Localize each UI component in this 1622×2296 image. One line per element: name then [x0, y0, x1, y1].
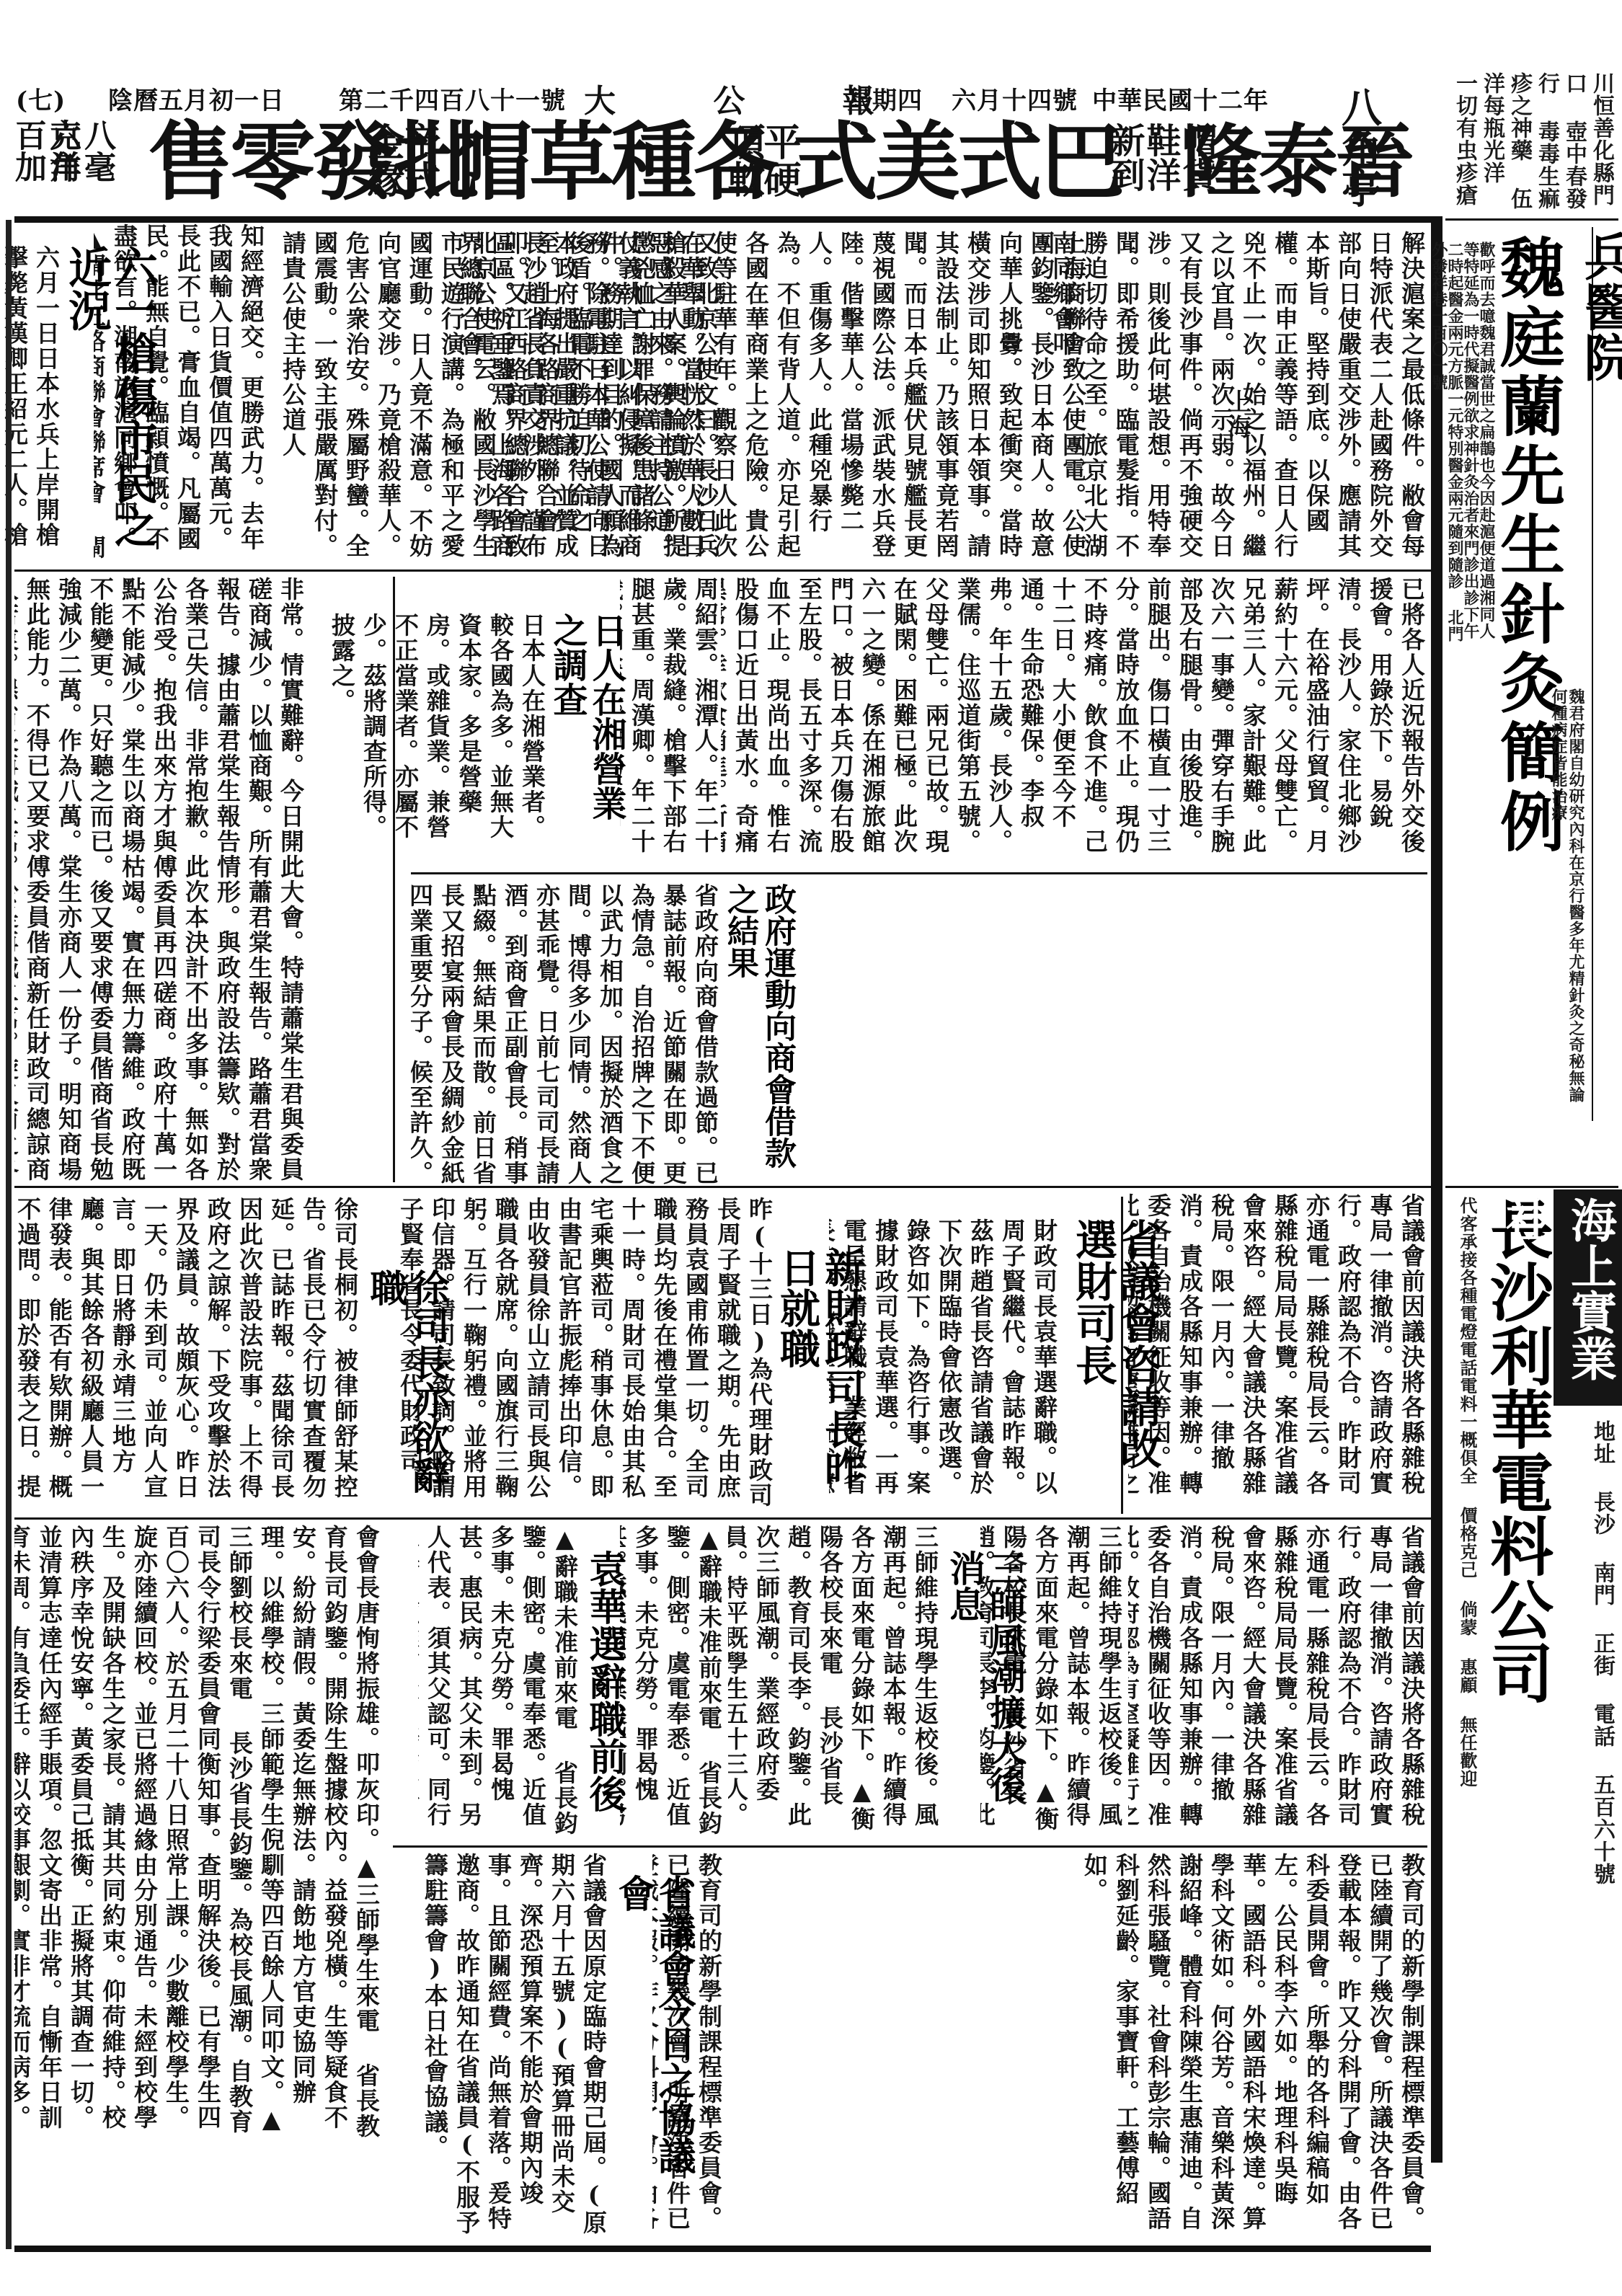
ad-style-2: 金緣 — [360, 123, 404, 216]
top-band-rule — [14, 569, 1431, 572]
clinic-ad-text: 歡呼而去噫魏君誠當世之扁鵲也今因赴滬便道過湘同人等特延為一時代擬醫例欲求神針灸治… — [1451, 241, 1494, 645]
page-bottom-rule — [14, 2246, 1431, 2252]
issue-number: 第二千四百八十一號 — [339, 81, 566, 116]
article-chamber-meeting: 省議會前因議決將各縣雜稅專局一律撤消。咨請政府實行。政府認為不合。昨財司亦通電一… — [1128, 1193, 1427, 1517]
article-yuan-resign: 三師維持現學生返校後。風潮再起。曾誌本報。昨續得各方面來電分錄如下。▲衡陽各校長… — [728, 1525, 941, 1842]
masthead-rule — [14, 216, 1431, 223]
article-xu-resign: ▲辭職未准前來電 省長鈞鑒。側密。虞電奉悉。近值多事。未克分勞。罪曷愧甚。惠民病… — [418, 1525, 580, 1842]
provincial-assembly-subtitle — [353, 1860, 379, 2047]
japanese-in-hunan-headline: 日人在湘營業之調查 — [548, 613, 626, 851]
year: 中華民國十二年 — [1092, 81, 1269, 116]
loan-subtitle — [324, 952, 382, 1182]
hospital-ad-title: 兵醫院 — [1590, 231, 1622, 692]
new-finance-headline: 徐司長亦欲辭職 — [364, 1269, 448, 1514]
japanese-attache-headline: 政府運動向商會借款之結果 — [721, 883, 796, 1186]
article-continued-top-right: 解決滬案之最低條件。敝會每日特派代表二人赴國務院外交部向日使嚴重交涉外。應請其本… — [1096, 231, 1427, 569]
japanese-shop-list — [764, 879, 1427, 1182]
medicine-ad: 川恒善化縣門口 壺中春發行 毒毒生痲疹之神藥 伍洋每瓶光洋 一切有虫疹瘡 — [1449, 72, 1615, 216]
lunar-date: 陰曆五月初一日 — [108, 81, 285, 116]
article-education-committee: 省議會因原定臨時會期己屆。(原期六月十五號)(預算冊尚未交齊。深恐預算案不能於會… — [418, 1853, 609, 2242]
xu-resign-headline: 袁華選辭職前後 — [584, 1550, 624, 1824]
article-rescind-tax-cont: 省議會前因議決將各縣雜稅專局一律撤消。咨請政府實行。政府認為不合。昨財司亦通電一… — [1128, 1525, 1427, 1849]
weekday: 星期四 — [847, 81, 923, 116]
article-shanghai-merchants-2: 又致北京公使文曰。長沙日兵槍殺華人案。輿論憤激。所提懲兇恤亡謝罪保障後患諸條件。… — [267, 231, 721, 569]
electric-company-text: 代客承接各種電燈電話電料一概俱全 價格克己 倘蒙 惠顧 無任歡迎 — [1449, 1197, 1478, 1845]
article-injured-list: 已將各人近況報告外交後援會。用錄於下。易銳清。長沙人。家住北鄉沙坪。在裕盛油行貿… — [721, 577, 1427, 865]
medicine-ad-rule — [1445, 218, 1618, 221]
right-ad-rule — [1445, 1186, 1618, 1188]
lower-band-rule — [14, 1517, 1431, 1520]
shop-list-text — [764, 879, 1427, 1182]
gregorian-date: 六月十四號 — [952, 81, 1078, 116]
article-caipai-resign: 昨(十三日)為代理財政司長周子賢就職之期。先由庶務員袁國甫佈置一切。全司職員均先… — [393, 1197, 775, 1514]
article-normal-school-2: 教育司的新學制課程標準委員會。已陸續開了幾次會。所議決各件已登載本報。昨又分科開… — [728, 1853, 1427, 2242]
page-number: (七) — [16, 81, 66, 116]
bottom-mid-rule — [393, 1845, 1427, 1848]
middle-band-rule — [14, 1186, 1431, 1188]
ad-style-main: 式美式巴 — [793, 115, 1122, 209]
page-left-border — [6, 220, 12, 2249]
electric-company-address: 地址 長沙 南門 正街 電話 五百六十號 — [1550, 1420, 1618, 2170]
proofreading-mark — [94, 1889, 125, 2163]
injured-citizens-headline: 六一槍傷市民之近況 — [63, 245, 156, 562]
article-japanese-attache: 省政府向商會借款過節。已暴誌前報。近節關在即。更為情急。自治招牌之下不便以武力相… — [411, 883, 721, 1186]
ad-soft-hard-2: 頂軟 — [721, 123, 764, 216]
ad-location: 八角亭 — [1337, 87, 1381, 223]
article-loan: 非常。情實難辭。今日開此大會。特請蕭棠生君與委員磋商減少。以恤商艱。所有蕭君棠生… — [14, 577, 306, 1182]
article-casualty-tail: 周紹雲。湘潭人。年二十歲。業裁縫。槍擊下部右腿甚重。周漢卿。年二十歲。湘陰人。刀… — [620, 577, 721, 865]
article-injured-citizens: 六月一日日本水兵上岸開槍擊斃黃漢卿王紹元二人。槍傷二十餘人。外交後援會特派員周鼎… — [14, 245, 62, 562]
ad-price-2: 六角百加 — [10, 119, 79, 213]
industrial-society-banner: 海上實業社 — [1554, 1189, 1622, 1406]
city-defense-label — [357, 764, 389, 937]
electric-company-title: 長沙利華電料公司 — [1478, 1197, 1557, 1730]
article-shanghai-merchants: 上海商聯會致公使團電。公使團鈞鑒。長沙日本商人。故意向華人挑釁。致起衝突。當時橫… — [721, 231, 1089, 569]
shanghai-merchants-title: 上海 — [1222, 389, 1254, 461]
article-japanese-in-hunan: 日本人在湘營業者。較各國為多。並無大資本家。多是營藥房。或雜貨業。兼營不正當業者… — [411, 613, 548, 851]
caipai-resign-headline: 新財政司長昨日就職 — [775, 1247, 864, 1507]
middle-upper-rule — [411, 872, 1427, 874]
article-new-finance: 徐司長桐初。被律師舒某控告。省長已令行切實查覆勿延。已誌昨報。茲聞徐司長因此次普… — [14, 1197, 360, 1514]
article-xu-resign-pre: ▲辭職未准前來電 省長鈞鑒。側密。虞電奉悉。近值多事。未克分勞。罪曷愧甚。惠民病… — [620, 1525, 724, 1842]
clinic-ad-regimen: 魏君府閣自幼研究內科在京行醫多年尤精針灸之奇秘無論何種病症皆能治療 — [1530, 688, 1585, 1107]
education-committee-headline: 省議會今日之協議會 — [613, 1874, 693, 2206]
yuan-resign-headline: 三師風潮擴大後消息 — [944, 1550, 1025, 1824]
article-provincial-assembly-text — [166, 1860, 346, 2242]
clinic-ad: 魏庭蘭先生針灸簡例 歡呼而去噫魏君誠當世之扁鵲也今因赴滬便道過湘同人等特延為一時… — [1445, 227, 1593, 1121]
loan-column-rule — [393, 577, 395, 1182]
right-column-border — [1431, 216, 1442, 2163]
rescind-tax-headline: 省議會咨請改選財司長 — [1071, 1218, 1160, 1507]
